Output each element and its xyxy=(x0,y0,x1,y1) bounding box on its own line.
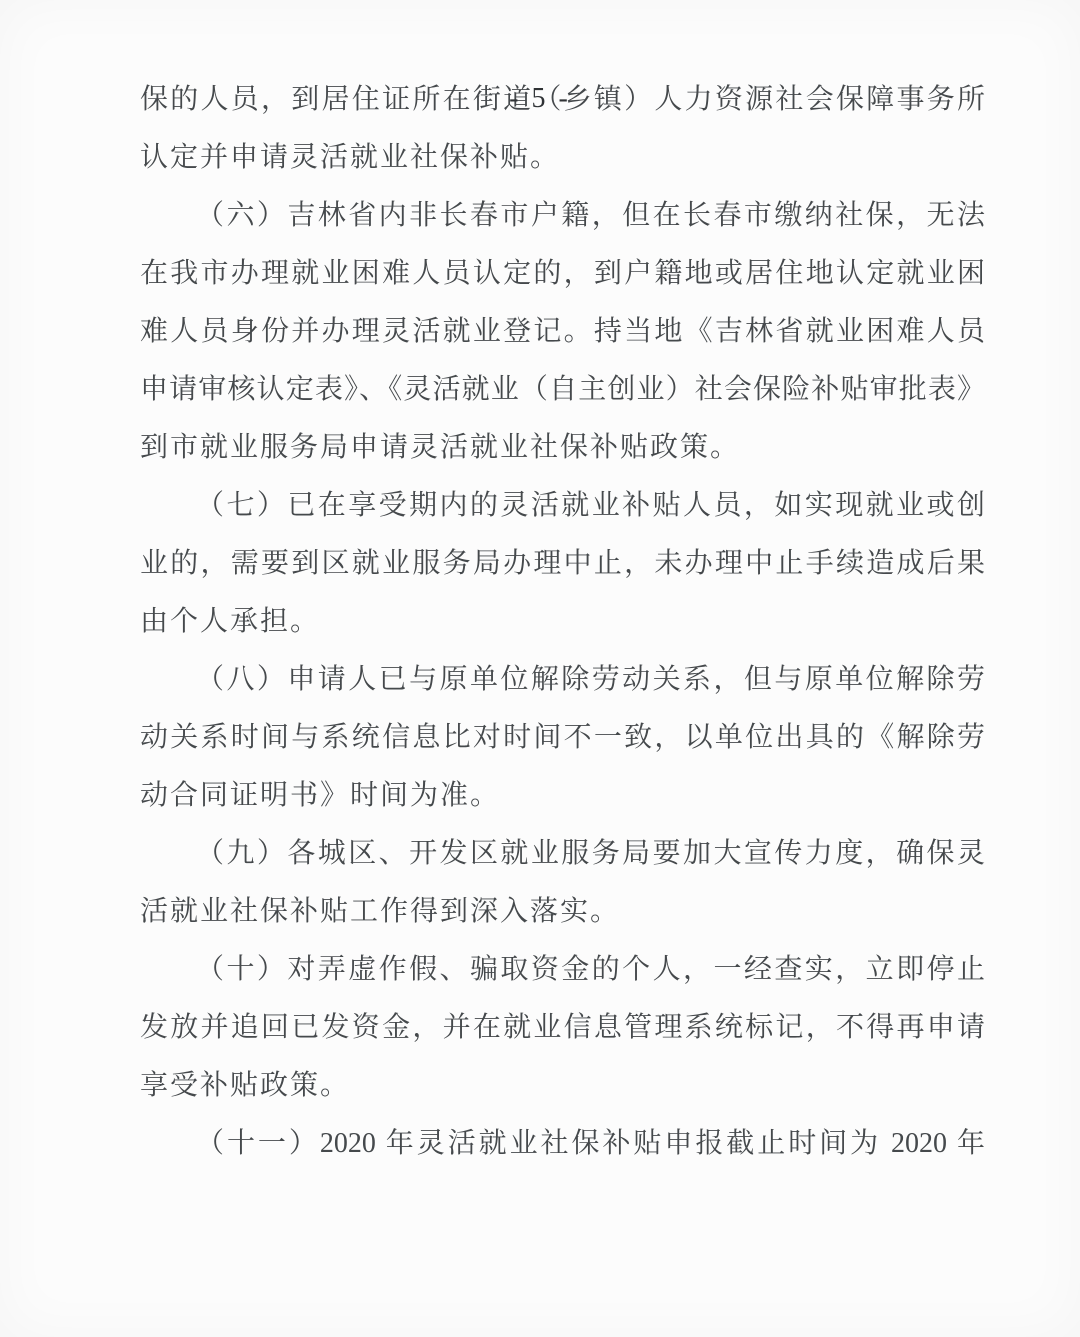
text-line: 业的，需要到区就业服务局办理中止，未办理中止手续造成后果 xyxy=(140,535,985,593)
text-line: 动合同证明书》时间为准。 xyxy=(140,767,985,825)
text-line: 发放并追回已发资金，并在就业信息管理系统标记，不得再申请 xyxy=(140,999,985,1057)
clause-nine-first-line: （九）各城区、开发区就业服务局要加大宣传力度，确保灵 xyxy=(140,825,985,883)
page-number: - 5 - xyxy=(0,84,1080,114)
clause-eight-first-line: （八）申请人已与原单位解除劳动关系，但与原单位解除劳 xyxy=(140,651,985,709)
document-body: 保的人员，到居住证所在街道（乡镇）人力资源社会保障事务所 认定并申请灵活就业社保… xyxy=(140,71,985,1173)
clause-six-first-line: （六）吉林省内非长春市户籍，但在长春市缴纳社保，无法 xyxy=(140,187,985,245)
document-page: 保的人员，到居住证所在街道（乡镇）人力资源社会保障事务所 认定并申请灵活就业社保… xyxy=(0,0,1080,1337)
text-line: 由个人承担。 xyxy=(140,593,985,651)
text-line: 动关系时间与系统信息比对时间不一致，以单位出具的《解除劳 xyxy=(140,709,985,767)
clause-eleven-first-line: （十一）2020 年灵活就业社保补贴申报截止时间为 2020 年 xyxy=(140,1115,985,1173)
text-line: 认定并申请灵活就业社保补贴。 xyxy=(140,129,985,187)
text-line: 享受补贴政策。 xyxy=(140,1057,985,1115)
clause-seven-first-line: （七）已在享受期内的灵活就业补贴人员，如实现就业或创 xyxy=(140,477,985,535)
text-line: 到市就业服务局申请灵活就业社保补贴政策。 xyxy=(140,419,985,477)
text-line: 申请审核认定表》、《灵活就业（自主创业）社会保险补贴审批表》 xyxy=(140,361,985,419)
text-line: 难人员身份并办理灵活就业登记。持当地《吉林省就业困难人员 xyxy=(140,303,985,361)
text-line: 在我市办理就业困难人员认定的，到户籍地或居住地认定就业困 xyxy=(140,245,985,303)
clause-ten-first-line: （十）对弄虚作假、骗取资金的个人，一经查实，立即停止 xyxy=(140,941,985,999)
text-line: 活就业社保补贴工作得到深入落实。 xyxy=(140,883,985,941)
